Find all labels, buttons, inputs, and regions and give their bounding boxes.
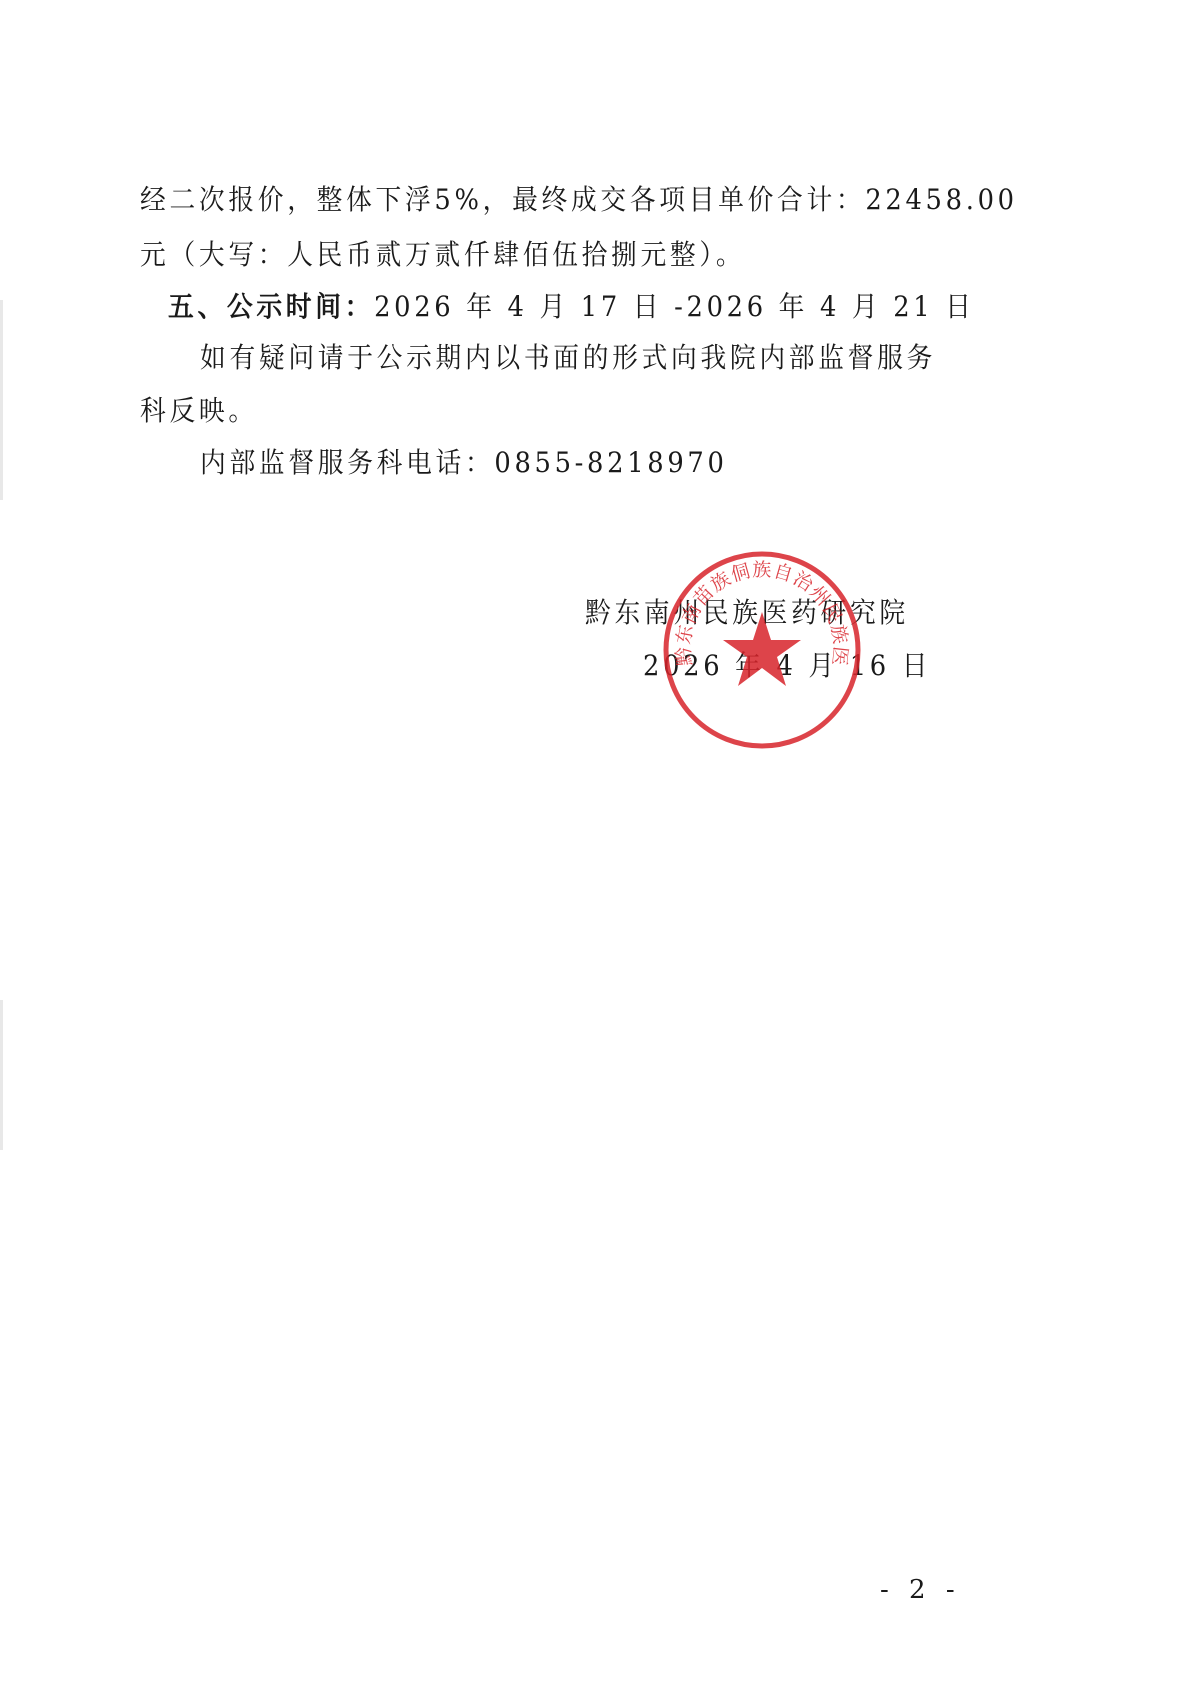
section-5-dates: 2026 年 4 月 17 日 -2026 年 4 月 21 日 — [374, 290, 975, 323]
quote-line-2: 元（大写：人民币贰万贰仟肆佰伍拾捌元整）。 — [140, 238, 745, 272]
signature-organization: 黔东南州民族医药研究院 — [585, 596, 909, 630]
scan-edge-mark — [0, 1000, 3, 1150]
inquiry-line-1: 如有疑问请于公示期内以书面的形式向我院内部监督服务 — [200, 341, 936, 375]
scan-edge-mark — [0, 300, 3, 500]
quote-line-1: 经二次报价，整体下浮5%，最终成交各项目单价合计：22458.00 — [140, 183, 1018, 217]
phone-line: 内部监督服务科电话：0855-8218970 — [200, 446, 728, 480]
section-5-label: 五、公示时间： — [168, 290, 374, 323]
page-number: - 2 - — [880, 1575, 961, 1605]
section-5-publicity-period: 五、公示时间：2026 年 4 月 17 日 -2026 年 4 月 21 日 — [168, 290, 975, 324]
signature-date: 2026 年 4 月 16 日 — [643, 649, 931, 683]
document-page: 经二次报价，整体下浮5%，最终成交各项目单价合计：22458.00 元（大写：人… — [0, 0, 1200, 1699]
inquiry-line-2: 科反映。 — [140, 394, 258, 428]
